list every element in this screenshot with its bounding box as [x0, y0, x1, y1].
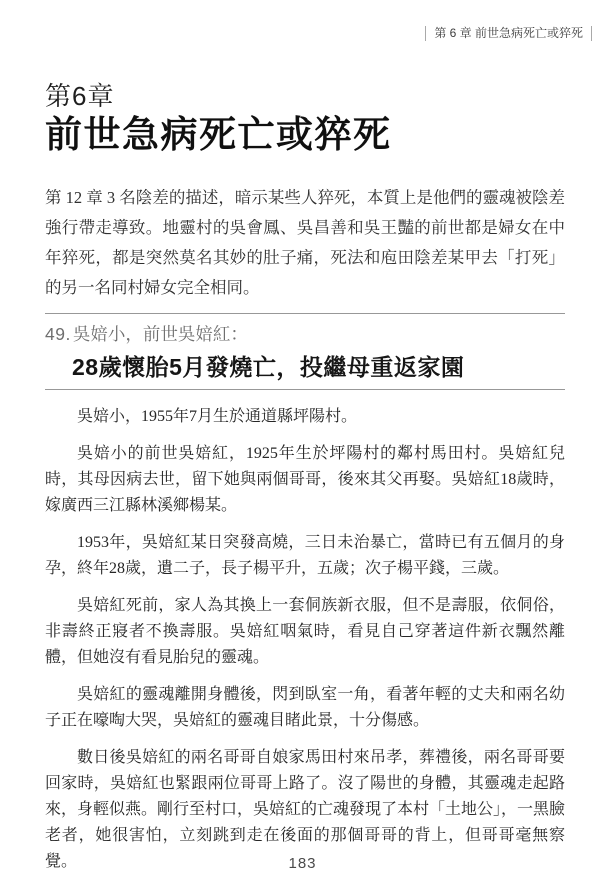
book-page: 第 6 章 前世急病死亡或猝死 第6章 前世急病死亡或猝死 第 12 章 3 名…	[0, 0, 605, 896]
chapter-title: 前世急病死亡或猝死	[45, 114, 565, 158]
running-header-text: 第 6 章 前世急病死亡或猝死	[425, 26, 592, 41]
section-body: 吳婄小，1955年7月生於通道縣坪陽村。 吳婄小的前世吳婄紅，1925年生於坪陽…	[45, 404, 565, 875]
section-heading: 49.吳婄小，前世吳婄紅：	[45, 322, 565, 347]
separator-line-top	[45, 313, 565, 314]
page-number: 183	[0, 855, 605, 872]
body-paragraph: 吳婄紅死前，家人為其換上一套侗族新衣服，但不是壽服，依侗俗，非壽終正寢者不換壽服…	[45, 593, 565, 671]
body-paragraph: 吳婄紅的靈魂離開身體後，閃到臥室一角，看著年輕的丈夫和兩名幼子正在嚎啕大哭，吳婄…	[45, 682, 565, 734]
section-heading-text: 吳婄小，前世吳婄紅：	[73, 324, 248, 344]
body-paragraph: 吳婄小的前世吳婄紅，1925年生於坪陽村的鄰村馬田村。吳婄紅兒時，其母因病去世，…	[45, 441, 565, 519]
section-number: 49.	[45, 324, 71, 344]
section-subtitle: 28歲懷胎5月發燒亡，投繼母重返家園	[72, 352, 565, 382]
chapter-number-label: 第6章	[45, 81, 565, 111]
running-header: 第 6 章 前世急病死亡或猝死	[0, 26, 592, 41]
separator-line-bottom	[45, 389, 565, 390]
body-paragraph: 1953年，吳婄紅某日突發高燒，三日未治暴亡，當時已有五個月的身孕，終年28歲，…	[45, 530, 565, 582]
body-paragraph: 吳婄小，1955年7月生於通道縣坪陽村。	[45, 404, 565, 430]
chapter-intro-paragraph: 第 12 章 3 名陰差的描述，暗示某些人猝死，本質上是他們的靈魂被陰差強行帶走…	[45, 183, 565, 303]
